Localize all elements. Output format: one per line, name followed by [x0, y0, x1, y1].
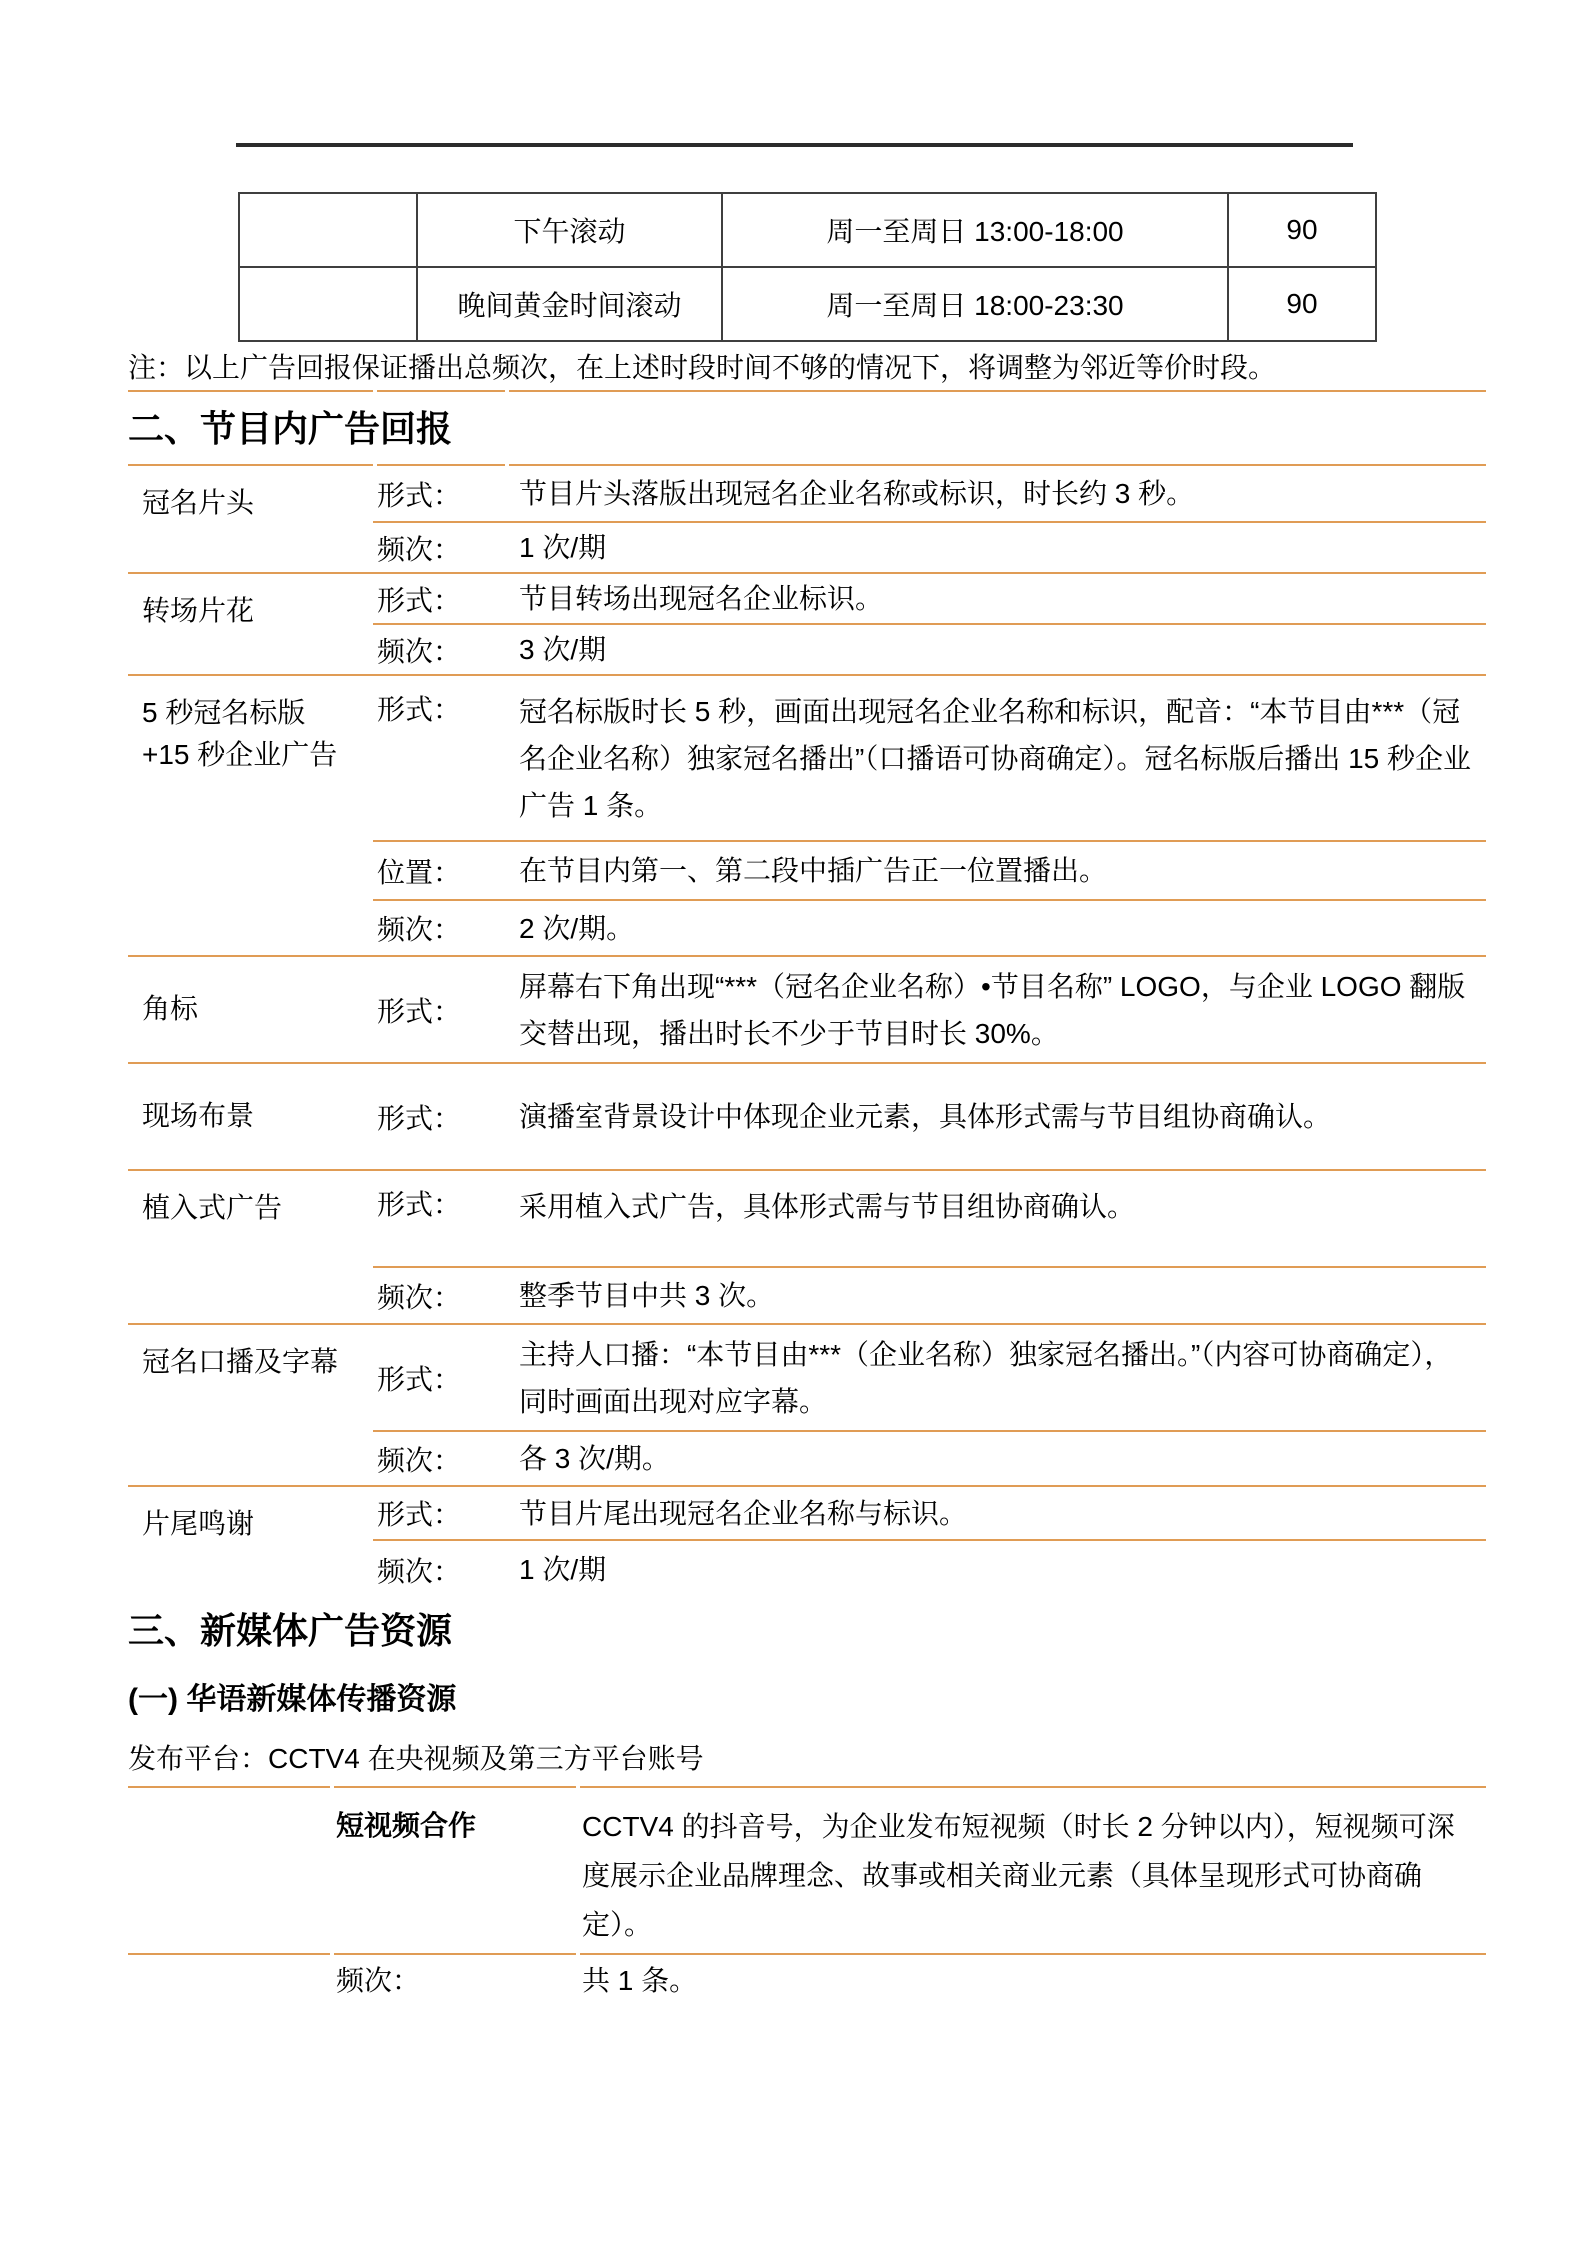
- item-label: 冠名片头: [128, 466, 373, 573]
- field-label: 形式：: [373, 1324, 503, 1431]
- field-label: 形式：: [373, 1170, 503, 1267]
- field-value: 采用植入式广告，具体形式需与节目组协商确认。: [503, 1170, 1486, 1267]
- item-label: 植入式广告: [128, 1170, 373, 1324]
- section3-heading: 三、新媒体广告资源: [128, 1608, 452, 1654]
- page-header-rule: [236, 143, 1353, 147]
- field-value: 在节目内第一、第二段中插广告正一位置播出。: [503, 841, 1486, 900]
- field-label: 频次：: [373, 1267, 503, 1324]
- new-media-table: 短视频合作 CCTV4 的抖音号，为企业发布短视频（时长 2 分钟以内），短视频…: [128, 1788, 1486, 2007]
- field-label: 频次：: [373, 900, 503, 956]
- schedule-table: 下午滚动 周一至周日 13:00-18:00 90 晚间黄金时间滚动 周一至周日…: [238, 192, 1377, 342]
- table-row: 植入式广告 形式： 采用植入式广告，具体形式需与节目组协商确认。: [128, 1170, 1486, 1267]
- field-label: 频次：: [373, 624, 503, 675]
- item-label-line1: 5 秒冠名标版: [142, 692, 372, 734]
- item-label: 5 秒冠名标版 +15 秒企业广告: [128, 675, 373, 956]
- schedule-slot: 晚间黄金时间滚动: [417, 267, 722, 341]
- schedule-row: 下午滚动 周一至周日 13:00-18:00 90: [239, 193, 1376, 267]
- note-text: 注：以上广告回报保证播出总频次，在上述时段时间不够的情况下，将调整为邻近等价时段…: [128, 346, 1488, 390]
- schedule-empty-cell: [239, 193, 417, 267]
- field-label: 频次：: [332, 1950, 576, 2007]
- table-row: 冠名口播及字幕 形式： 主持人口播：“本节目由***（企业名称）独家冠名播出。”…: [128, 1324, 1486, 1431]
- field-label: 形式：: [373, 573, 503, 624]
- in-program-returns-table: 冠名片头 形式： 节目片头落版出现冠名企业名称或标识，时长约 3 秒。 频次： …: [128, 466, 1486, 1598]
- item-label: 现场布景: [128, 1063, 373, 1170]
- publish-platform-text: 发布平台：CCTV4 在央视频及第三方平台账号: [128, 1737, 704, 1777]
- schedule-time: 周一至周日 13:00-18:00: [722, 193, 1228, 267]
- field-label: 形式：: [373, 956, 503, 1063]
- table-row: 冠名片头 形式： 节目片头落版出现冠名企业名称或标识，时长约 3 秒。: [128, 466, 1486, 522]
- field-value: 冠名标版时长 5 秒，画面出现冠名企业名称和标识，配音：“本节目由***（冠名企…: [503, 675, 1486, 841]
- field-value: 3 次/期: [503, 624, 1486, 675]
- field-label: 频次：: [373, 522, 503, 573]
- schedule-slot: 下午滚动: [417, 193, 722, 267]
- divider-rule: [128, 1953, 1486, 1955]
- field-value: 节目片头落版出现冠名企业名称或标识，时长约 3 秒。: [503, 466, 1486, 522]
- section3-subheading: (一) 华语新媒体传播资源: [128, 1674, 456, 1718]
- schedule-count: 90: [1228, 267, 1376, 341]
- divider-rule: [128, 390, 1486, 392]
- field-value: 2 次/期。: [503, 900, 1486, 956]
- item-label-line2: +15 秒企业广告: [142, 734, 372, 776]
- field-value: 共 1 条。: [576, 1950, 1486, 2007]
- field-value: CCTV4 的抖音号，为企业发布短视频（时长 2 分钟以内），短视频可深度展示企…: [576, 1788, 1486, 1950]
- item-label: 角标: [128, 956, 373, 1063]
- table-row: 短视频合作 CCTV4 的抖音号，为企业发布短视频（时长 2 分钟以内），短视频…: [128, 1788, 1486, 1950]
- field-value: 演播室背景设计中体现企业元素，具体形式需与节目组协商确认。: [503, 1063, 1486, 1170]
- item-label: 短视频合作: [332, 1788, 576, 1950]
- field-value: 1 次/期: [503, 522, 1486, 573]
- schedule-row: 晚间黄金时间滚动 周一至周日 18:00-23:30 90: [239, 267, 1376, 341]
- table-row: 频次： 共 1 条。: [128, 1950, 1486, 2007]
- schedule-empty-cell: [239, 267, 417, 341]
- schedule-time: 周一至周日 18:00-23:30: [722, 267, 1228, 341]
- field-label: 形式：: [373, 466, 503, 522]
- table-row: 片尾鸣谢 形式： 节目片尾出现冠名企业名称与标识。: [128, 1486, 1486, 1540]
- field-value: 各 3 次/期。: [503, 1431, 1486, 1486]
- field-value: 1 次/期: [503, 1540, 1486, 1598]
- field-value: 节目转场出现冠名企业标识。: [503, 573, 1486, 624]
- field-value: 整季节目中共 3 次。: [503, 1267, 1486, 1324]
- field-label: 位置：: [373, 841, 503, 900]
- field-value: 屏幕右下角出现“***（冠名企业名称）•节目名称” LOGO，与企业 LOGO …: [503, 956, 1486, 1063]
- field-value: 节目片尾出现冠名企业名称与标识。: [503, 1486, 1486, 1540]
- field-label: 形式：: [373, 1486, 503, 1540]
- table-row: 转场片花 形式： 节目转场出现冠名企业标识。: [128, 573, 1486, 624]
- table-row: 现场布景 形式： 演播室背景设计中体现企业元素，具体形式需与节目组协商确认。: [128, 1063, 1486, 1170]
- field-label: 频次：: [373, 1540, 503, 1598]
- empty-cell: [128, 1950, 332, 2007]
- table-row: 5 秒冠名标版 +15 秒企业广告 形式： 冠名标版时长 5 秒，画面出现冠名企…: [128, 675, 1486, 841]
- document-page: 下午滚动 周一至周日 13:00-18:00 90 晚间黄金时间滚动 周一至周日…: [0, 0, 1587, 2245]
- item-label: 冠名口播及字幕: [128, 1324, 373, 1486]
- item-label: 转场片花: [128, 573, 373, 675]
- section2-heading: 二、节目内广告回报: [128, 406, 452, 452]
- empty-cell: [128, 1788, 332, 1950]
- schedule-count: 90: [1228, 193, 1376, 267]
- table-row: 角标 形式： 屏幕右下角出现“***（冠名企业名称）•节目名称” LOGO，与企…: [128, 956, 1486, 1063]
- field-label: 频次：: [373, 1431, 503, 1486]
- item-label: 片尾鸣谢: [128, 1486, 373, 1598]
- field-value: 主持人口播：“本节目由***（企业名称）独家冠名播出。”（内容可协商确定），同时…: [503, 1324, 1486, 1431]
- field-label: 形式：: [373, 675, 503, 841]
- field-label: 形式：: [373, 1063, 503, 1170]
